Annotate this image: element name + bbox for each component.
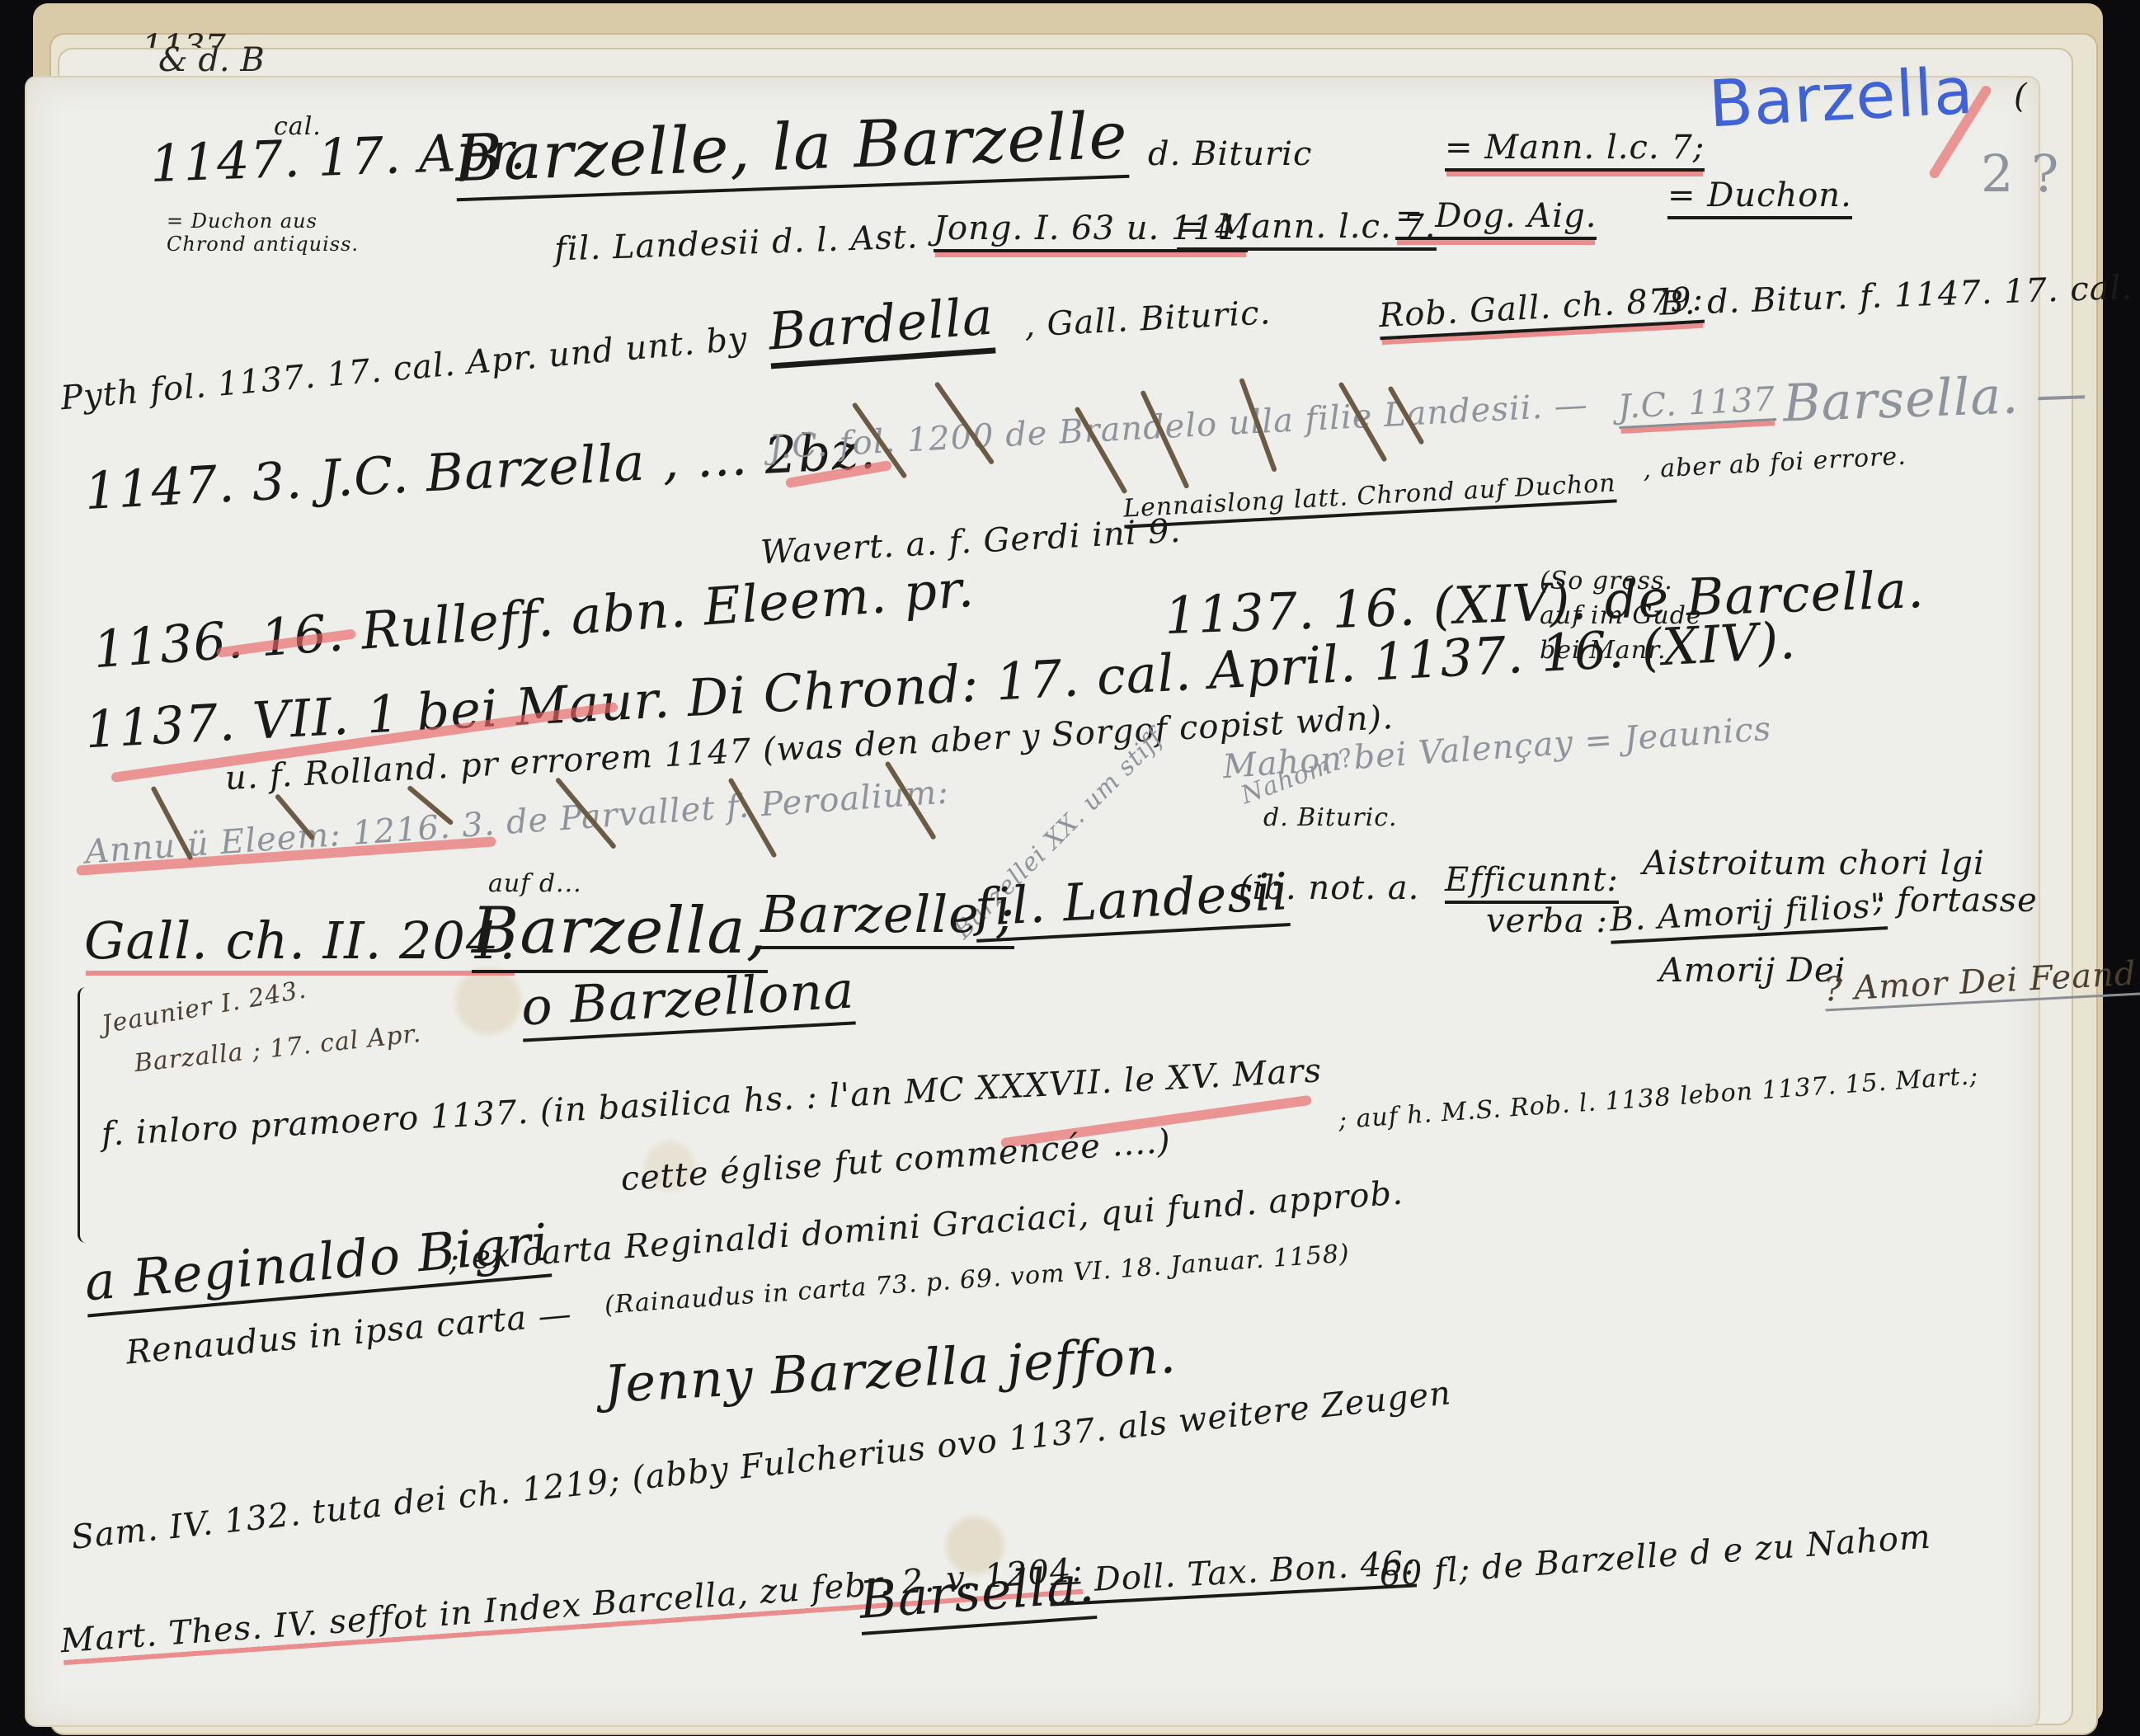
text-l3a: Pyth fol. 1137. 17. cal. Apr. und unt. b… bbox=[59, 320, 750, 418]
text-l1e: = Mann. l.c. 7; bbox=[1445, 129, 1705, 172]
text-l11b: cette église fut commencée ....) bbox=[619, 1122, 1172, 1199]
ink-mark: ( bbox=[2014, 78, 2028, 115]
text-l1d: d. Bituric bbox=[1148, 135, 1312, 173]
text-l2e: = Duchon. bbox=[1667, 176, 1852, 219]
text-l1c: Barzelle, la Barzelle bbox=[454, 99, 1130, 201]
text-l2d: = Dog. Aig. bbox=[1395, 197, 1597, 240]
text-l2a: fil. Landesii d. l. Ast. bbox=[553, 218, 919, 268]
text-l9i: verba : bbox=[1486, 902, 1608, 940]
left-brace bbox=[78, 987, 92, 1243]
text-l4d: Barsella. — bbox=[1782, 363, 2089, 434]
text-l11c: ; auf h. M.S. Rob. l. 1138 lebon 1137. 1… bbox=[1338, 1061, 1979, 1135]
text-l9f: (ib. not. a. bbox=[1239, 869, 1419, 907]
text-l14c: — Doll. Tax. Bon. 46: bbox=[1048, 1544, 1417, 1606]
text-l1b: = Duchon aus Chrond antiquiss. bbox=[167, 209, 389, 256]
text-l5c: , aber ab foi errore. bbox=[1642, 442, 1907, 485]
text-l9b: Gall. ch. II. 204. bbox=[84, 910, 516, 971]
text-l3c: , Gall. Bituric. bbox=[1023, 294, 1272, 345]
text-l4a: 1147. 3. J.C. Barzella , ... 2bz. bbox=[83, 420, 878, 521]
text-l10a: Jeaunier I. 243. bbox=[100, 975, 309, 1039]
text-l3b: Bardella bbox=[766, 286, 995, 369]
text-l12e: Jenny Barzella jeffon. bbox=[603, 1324, 1178, 1414]
text-l9j: B. Amorij filios" bbox=[1609, 887, 1888, 944]
text-l4c: J.C. 1137 bbox=[1617, 380, 1776, 429]
text-l5b: Lennaislong latt. Chrond auf Duchon bbox=[1122, 468, 1616, 528]
text-l9g: Efficunnt: bbox=[1445, 861, 1619, 904]
text-l10b: Barzalla ; 17. cal Apr. bbox=[133, 1019, 422, 1078]
blue-heading: Barzella bbox=[1707, 54, 1976, 143]
manuscript-page: Barzella ( 2 ? cal. 1147. 17. Apr. = Duc… bbox=[25, 76, 2040, 1727]
text-l9k: ; fortasse bbox=[1874, 882, 2038, 920]
text-l3d: Rob. Gall. ch. 879: bbox=[1378, 280, 1705, 341]
text-l9a: d. Bituric. bbox=[1263, 803, 1398, 832]
text-l9c: Barzella, bbox=[472, 894, 768, 973]
peek-text-second: & d. B bbox=[158, 41, 265, 79]
pencil-question-marks: 2 ? bbox=[1981, 143, 2059, 204]
text-l9l: Amorij Dei bbox=[1659, 952, 1846, 990]
text-l14d: 60 fl; de Barzelle d e zu Nahom bbox=[1378, 1518, 1932, 1595]
text-l9h: Aistroitum chori lgi bbox=[1643, 844, 1985, 882]
